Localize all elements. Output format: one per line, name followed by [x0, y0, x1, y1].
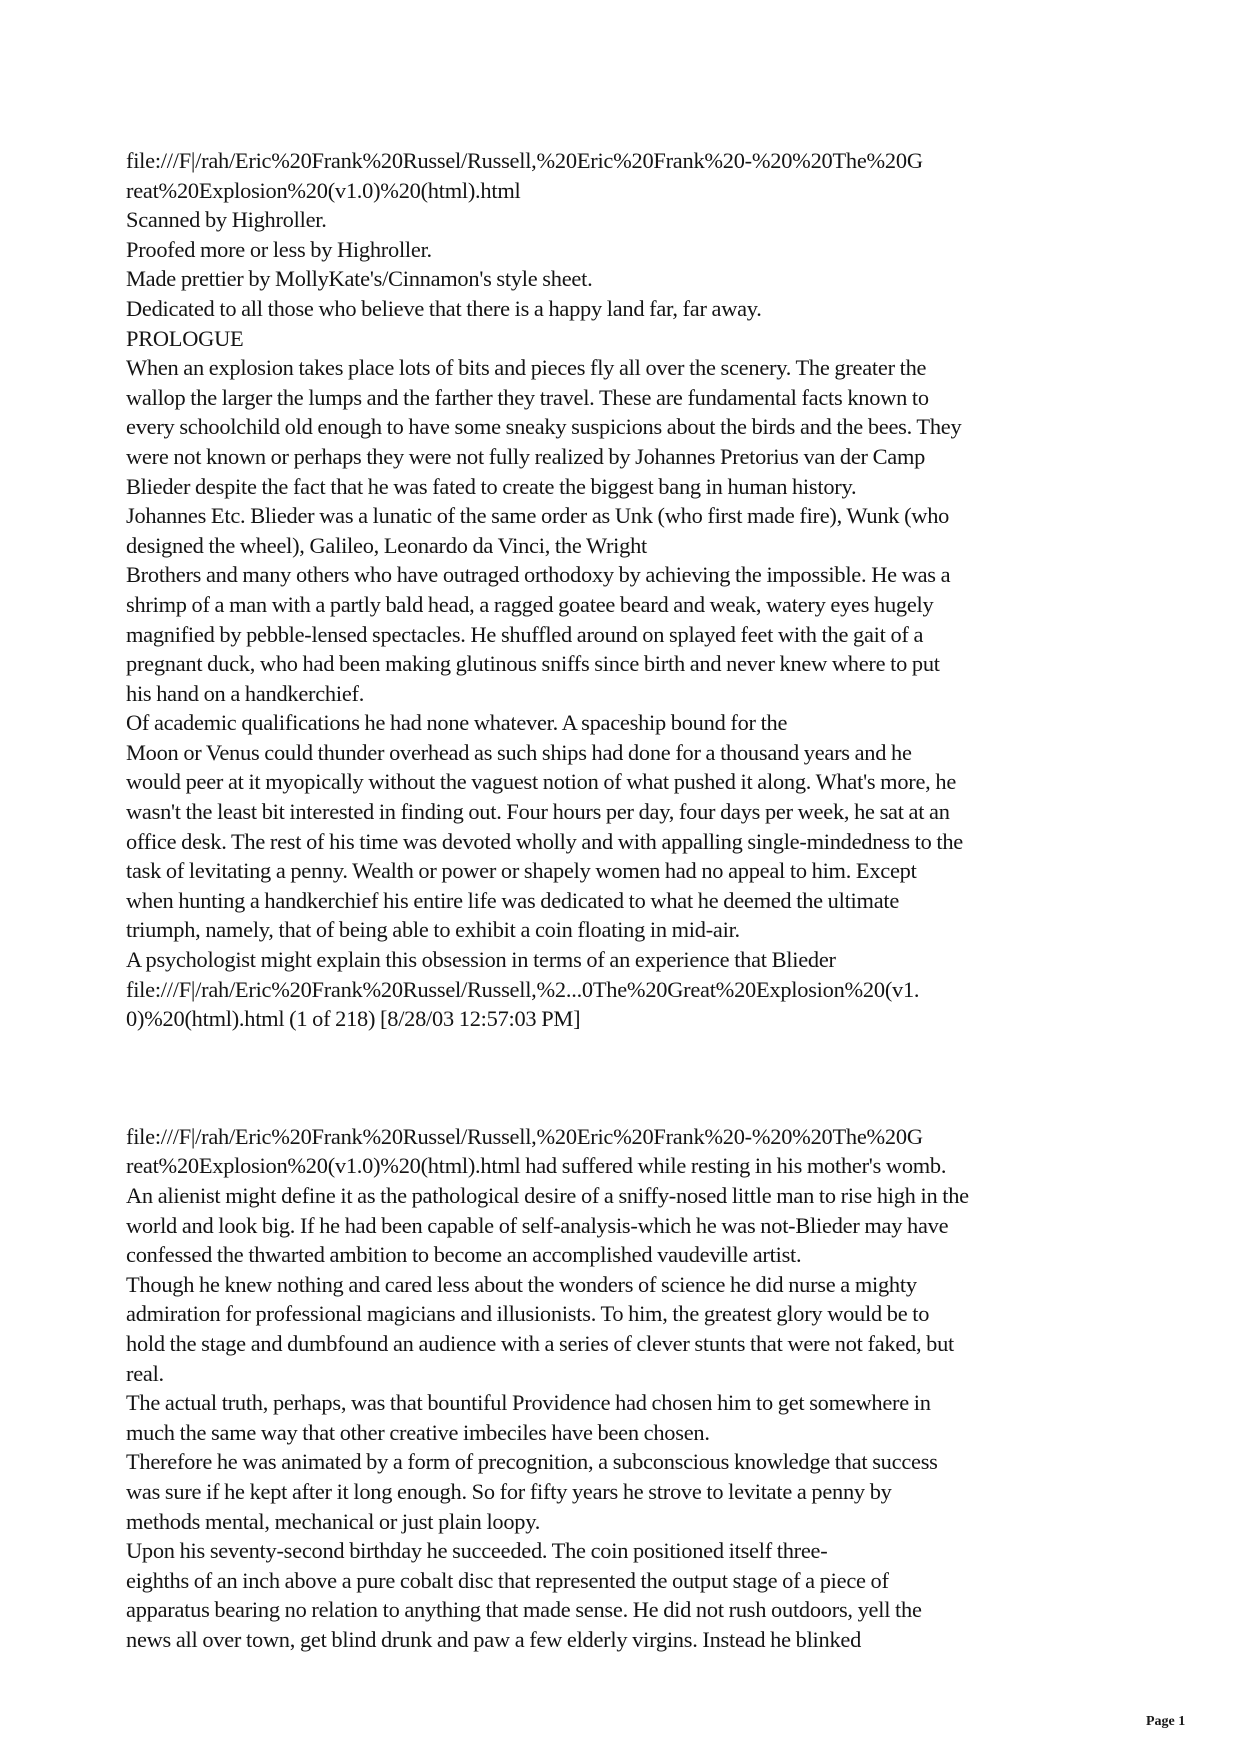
body-text-line: Johannes Etc. Blieder was a lunatic of t…: [126, 501, 1126, 531]
body-text-line: every schoolchild old enough to have som…: [126, 412, 1126, 442]
credit-stylesheet: Made prettier by MollyKate's/Cinnamon's …: [126, 264, 1126, 294]
body-text-line: When an explosion takes place lots of bi…: [126, 353, 1126, 383]
body-text-line: wasn't the least bit interested in findi…: [126, 797, 1126, 827]
body-text-line: office desk. The rest of his time was de…: [126, 827, 1126, 857]
page-number: Page 1: [1146, 1714, 1185, 1730]
body-text-line: shrimp of a man with a partly bald head,…: [126, 590, 1126, 620]
file-path-header-continued: reat%20Explosion%20(v1.0)%20(html).html: [126, 176, 1126, 206]
credit-scanned: Scanned by Highroller.: [126, 205, 1126, 235]
page-break-gap: [126, 1034, 1126, 1122]
body-text-line: much the same way that other creative im…: [126, 1418, 1126, 1448]
document-page: file:///F|/rah/Eric%20Frank%20Russel/Rus…: [126, 146, 1126, 1655]
body-text-line: were not known or perhaps they were not …: [126, 442, 1126, 472]
body-text-line: Of academic qualifications he had none w…: [126, 708, 1126, 738]
body-text-line: Brothers and many others who have outrag…: [126, 560, 1126, 590]
body-text-line: would peer at it myopically without the …: [126, 767, 1126, 797]
body-text-line: Therefore he was animated by a form of p…: [126, 1447, 1126, 1477]
body-text-line: when hunting a handkerchief his entire l…: [126, 886, 1126, 916]
body-text-line: Blieder despite the fact that he was fat…: [126, 472, 1126, 502]
body-text-line: eighths of an inch above a pure cobalt d…: [126, 1566, 1126, 1596]
body-text-line: A psychologist might explain this obsess…: [126, 945, 1126, 975]
body-text-line: task of levitating a penny. Wealth or po…: [126, 856, 1126, 886]
body-text-line: designed the wheel), Galileo, Leonardo d…: [126, 531, 1126, 561]
body-text-line: apparatus bearing no relation to anythin…: [126, 1595, 1126, 1625]
dedication: Dedicated to all those who believe that …: [126, 294, 1126, 324]
body-text-line: methods mental, mechanical or just plain…: [126, 1507, 1126, 1537]
body-text-line: news all over town, get blind drunk and …: [126, 1625, 1126, 1655]
body-text-line: world and look big. If he had been capab…: [126, 1211, 1126, 1241]
body-text-line: Upon his seventy-second birthday he succ…: [126, 1536, 1126, 1566]
page-section-1: file:///F|/rah/Eric%20Frank%20Russel/Rus…: [126, 146, 1126, 1034]
body-text-line: hold the stage and dumbfound an audience…: [126, 1329, 1126, 1359]
file-path-header: file:///F|/rah/Eric%20Frank%20Russel/Rus…: [126, 1122, 1126, 1152]
body-text-line: confessed the thwarted ambition to becom…: [126, 1240, 1126, 1270]
body-text-line: reat%20Explosion%20(v1.0)%20(html).html …: [126, 1151, 1126, 1181]
page-section-2: file:///F|/rah/Eric%20Frank%20Russel/Rus…: [126, 1122, 1126, 1655]
body-text-line: An alienist might define it as the patho…: [126, 1181, 1126, 1211]
credit-proofed: Proofed more or less by Highroller.: [126, 235, 1126, 265]
body-text-line: real.: [126, 1359, 1126, 1389]
body-text-line: admiration for professional magicians an…: [126, 1299, 1126, 1329]
body-text-line: pregnant duck, who had been making gluti…: [126, 649, 1126, 679]
body-text-line: wallop the larger the lumps and the fart…: [126, 383, 1126, 413]
body-text-line: The actual truth, perhaps, was that boun…: [126, 1388, 1126, 1418]
chapter-heading-prologue: PROLOGUE: [126, 324, 1126, 354]
body-text-line: his hand on a handkerchief.: [126, 679, 1126, 709]
body-text-line: Moon or Venus could thunder overhead as …: [126, 738, 1126, 768]
body-text-line: Though he knew nothing and cared less ab…: [126, 1270, 1126, 1300]
body-text-line: was sure if he kept after it long enough…: [126, 1477, 1126, 1507]
file-path-header: file:///F|/rah/Eric%20Frank%20Russel/Rus…: [126, 146, 1126, 176]
body-text-line: magnified by pebble-lensed spectacles. H…: [126, 620, 1126, 650]
file-path-footer-page-info: 0)%20(html).html (1 of 218) [8/28/03 12:…: [126, 1004, 1126, 1034]
file-path-footer: file:///F|/rah/Eric%20Frank%20Russel/Rus…: [126, 975, 1126, 1005]
body-text-line: triumph, namely, that of being able to e…: [126, 915, 1126, 945]
